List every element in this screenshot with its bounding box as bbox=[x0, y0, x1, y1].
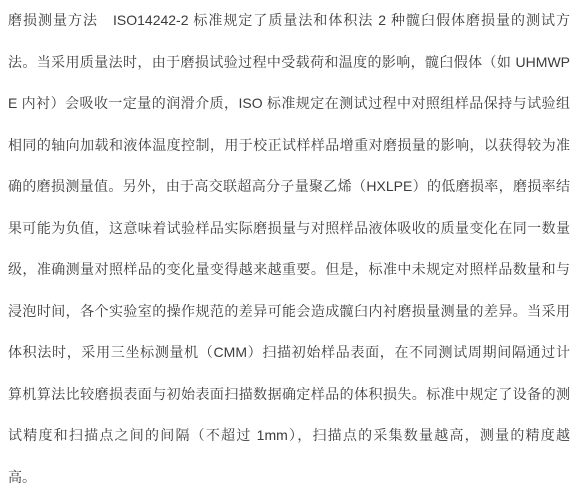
paragraph-line: 试精度和扫描点之间的间隔（不超过 1mm），扫描点的采集数量越高，测量的精度越 bbox=[8, 415, 570, 457]
paragraph-line: 体积法时，采用三坐标测量机（CMM）扫描初始样品表面，在不同测试周期间隔通过计 bbox=[8, 332, 570, 374]
paragraph-line: 果可能为负值，这意味着试验样品实际磨损量与对照样品液体吸收的质量变化在同一数量 bbox=[8, 208, 570, 250]
paragraph-line: 确的磨损测量值。另外，由于高交联超高分子量聚乙烯（HXLPE）的低磨损率，磨损率… bbox=[8, 166, 570, 208]
paragraph-line: 浸泡时间，各个实验室的操作规范的差异可能会造成髋臼内衬磨损量测量的差异。当采用 bbox=[8, 291, 570, 333]
document-text-block: 磨损测量方法 ISO14242-2 标准规定了质量法和体积法 2 种髋臼假体磨损… bbox=[0, 0, 577, 498]
paragraph-line: 算机算法比较磨损表面与初始表面扫描数据确定样品的体积损失。标准中规定了设备的测 bbox=[8, 374, 570, 416]
paragraph-line: 法。当采用质量法时，由于磨损试验过程中受载荷和温度的影响，髋臼假体（如 UHMW… bbox=[8, 42, 570, 84]
paragraph-line: 磨损测量方法 ISO14242-2 标准规定了质量法和体积法 2 种髋臼假体磨损… bbox=[8, 0, 570, 42]
paragraph-line: E 内衬）会吸收一定量的润滑介质，ISO 标准规定在测试过程中对照组样品保持与试… bbox=[8, 83, 570, 125]
paragraph-line: 级，准确测量对照样品的变化量变得越来越重要。但是，标准中未规定对照样品数量和与 bbox=[8, 249, 570, 291]
paragraph-line: 高。 bbox=[8, 457, 570, 498]
paragraph-line: 相同的轴向加载和液体温度控制，用于校正试样样品增重对磨损量的影响，以获得较为准 bbox=[8, 125, 570, 167]
